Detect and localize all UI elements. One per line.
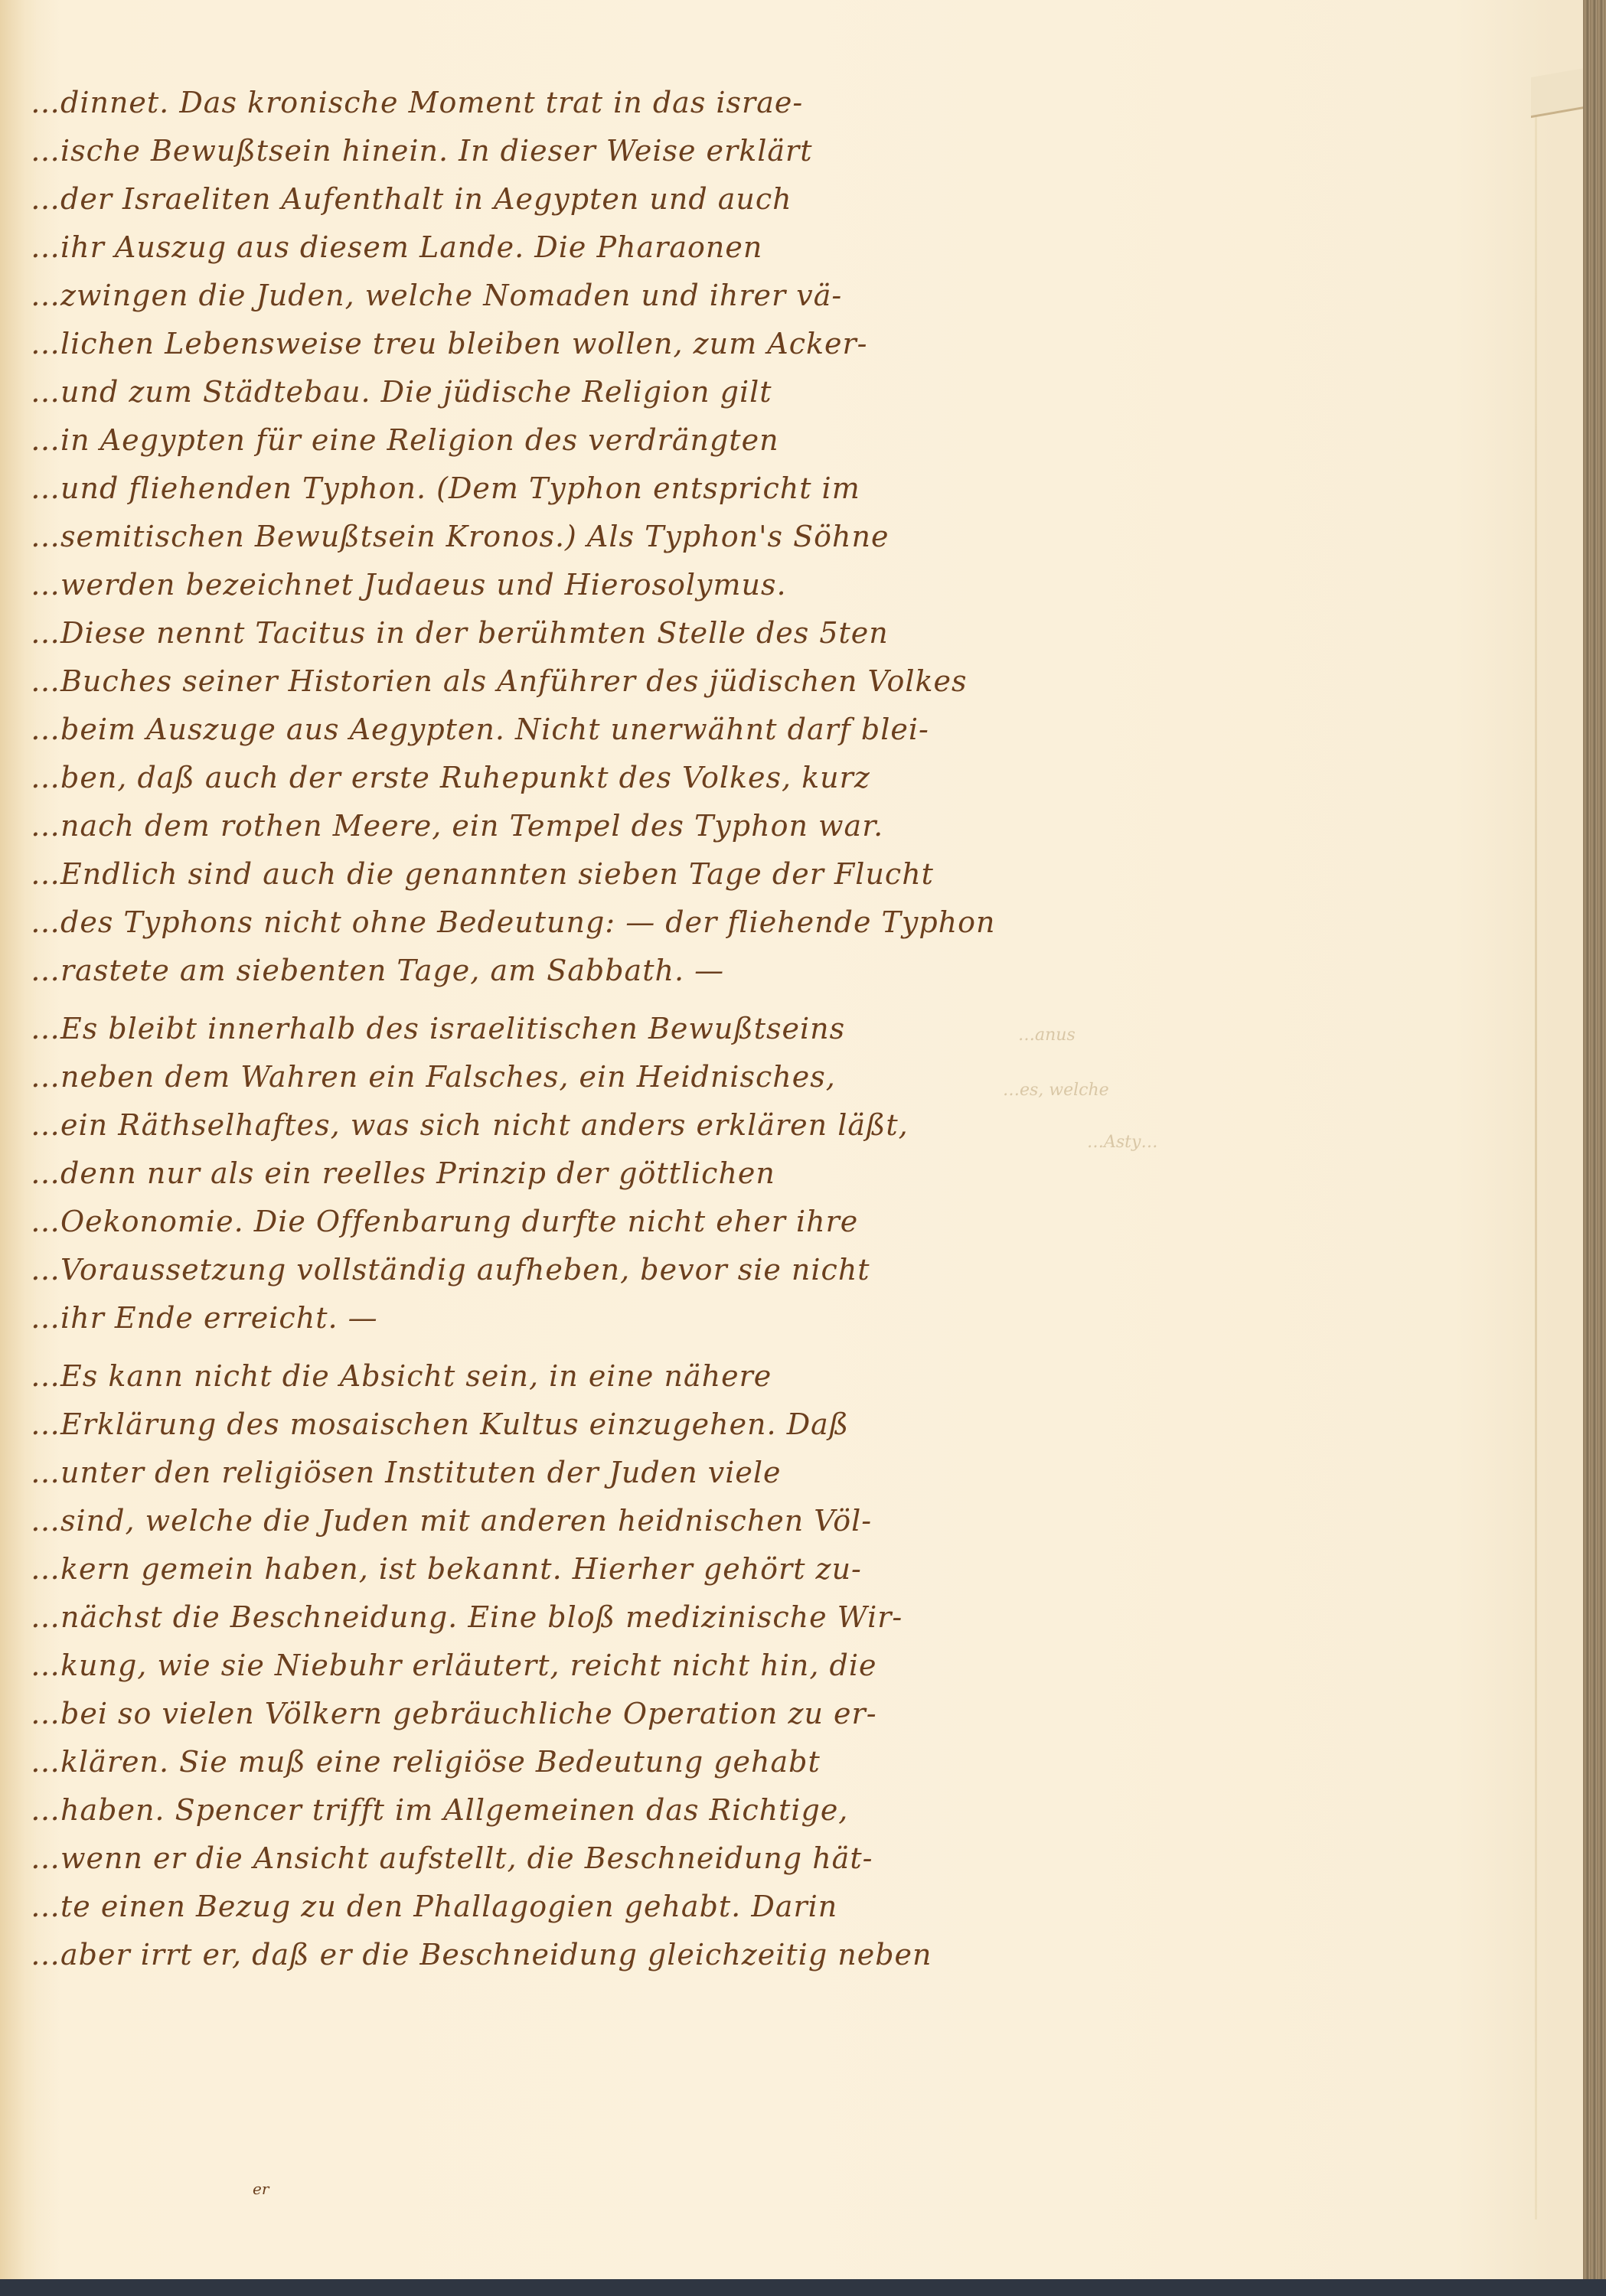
text-line: …semitischen Bewußtsein Kronos.) Als Typ… [31, 520, 889, 553]
text-line: …haben. Spencer trifft im Allgemeinen da… [31, 1793, 848, 1827]
text-line: …Erklärung des mosaischen Kultus einzuge… [31, 1407, 849, 1441]
torn-corner [1531, 68, 1585, 118]
text-line: …werden bezeichnet Judaeus und Hierosoly… [31, 568, 787, 602]
bleedthrough-note: …Asty… [1087, 1133, 1157, 1152]
interlinear-insertion: er [253, 2180, 269, 2198]
page-deckle-edge [1535, 115, 1537, 2219]
text-line: …kung, wie sie Niebuhr erläutert, reicht… [31, 1649, 877, 1682]
text-line: …aber irrt er, daß er die Beschneidung g… [31, 1938, 932, 1971]
text-line: …ihr Auszug aus diesem Lande. Die Pharao… [31, 230, 762, 264]
text-line: …beim Auszuge aus Aegypten. Nicht unerwä… [31, 713, 929, 746]
text-line: …Es kann nicht die Absicht sein, in eine… [31, 1359, 772, 1393]
text-line: …der Israeliten Aufenthalt in Aegypten u… [31, 182, 792, 216]
scan-background-bottom [0, 2279, 1606, 2296]
text-line: …te einen Bezug zu den Phallagogien geha… [31, 1890, 837, 1923]
text-line: …denn nur als ein reelles Prinzip der gö… [31, 1156, 775, 1190]
text-line: …rastete am siebenten Tage, am Sabbath. … [31, 954, 724, 987]
text-line: …neben dem Wahren ein Falsches, ein Heid… [31, 1060, 836, 1094]
text-line: …Voraussetzung vollständig aufheben, bev… [31, 1253, 870, 1287]
text-line: …unter den religiösen Instituten der Jud… [31, 1456, 782, 1489]
text-line: …Oekonomie. Die Offenbarung durfte nicht… [31, 1205, 858, 1238]
book-fore-edge [1583, 0, 1606, 2296]
text-line: …sind, welche die Juden mit anderen heid… [31, 1504, 872, 1538]
text-line: …lichen Lebensweise treu bleiben wollen,… [31, 327, 868, 360]
text-line: …ihr Ende erreicht. — [31, 1301, 378, 1335]
text-line: …klären. Sie muß eine religiöse Bedeutun… [31, 1745, 821, 1779]
text-line: …kern gemein haben, ist bekannt. Hierher… [31, 1552, 862, 1586]
text-line: …Endlich sind auch die genannten sieben … [31, 857, 934, 891]
text-line: …und zum Städtebau. Die jüdische Religio… [31, 375, 772, 409]
text-line: …nächst die Beschneidung. Eine bloß medi… [31, 1600, 903, 1634]
text-line: …und fliehenden Typhon. (Dem Typhon ents… [31, 471, 860, 505]
text-line: …Buches seiner Historien als Anführer de… [31, 664, 968, 698]
text-line: …dinnet. Das kronische Moment trat in da… [31, 86, 803, 119]
text-line: …wenn er die Ansicht aufstellt, die Besc… [31, 1841, 873, 1875]
text-line: …zwingen die Juden, welche Nomaden und i… [31, 279, 842, 312]
text-line: …bei so vielen Völkern gebräuchliche Ope… [31, 1697, 877, 1730]
bleedthrough-note: …es, welche [1003, 1081, 1109, 1100]
bleedthrough-note: …anus [1018, 1026, 1076, 1045]
text-line: …ein Räthselhaftes, was sich nicht ander… [31, 1108, 909, 1142]
text-line: …des Typhons nicht ohne Bedeutung: — der… [31, 905, 995, 939]
manuscript-page: …dinnet. Das kronische Moment trat in da… [0, 0, 1606, 2296]
text-line: …nach dem rothen Meere, ein Tempel des T… [31, 809, 883, 843]
text-line: …in Aegypten für eine Religion des verdr… [31, 423, 779, 457]
text-line: …Es bleibt innerhalb des israelitischen … [31, 1012, 845, 1045]
text-line: …ben, daß auch der erste Ruhepunkt des V… [31, 761, 870, 794]
text-line: …Diese nennt Tacitus in der berühmten St… [31, 616, 889, 650]
text-line: …ische Bewußtsein hinein. In dieser Weis… [31, 134, 812, 168]
